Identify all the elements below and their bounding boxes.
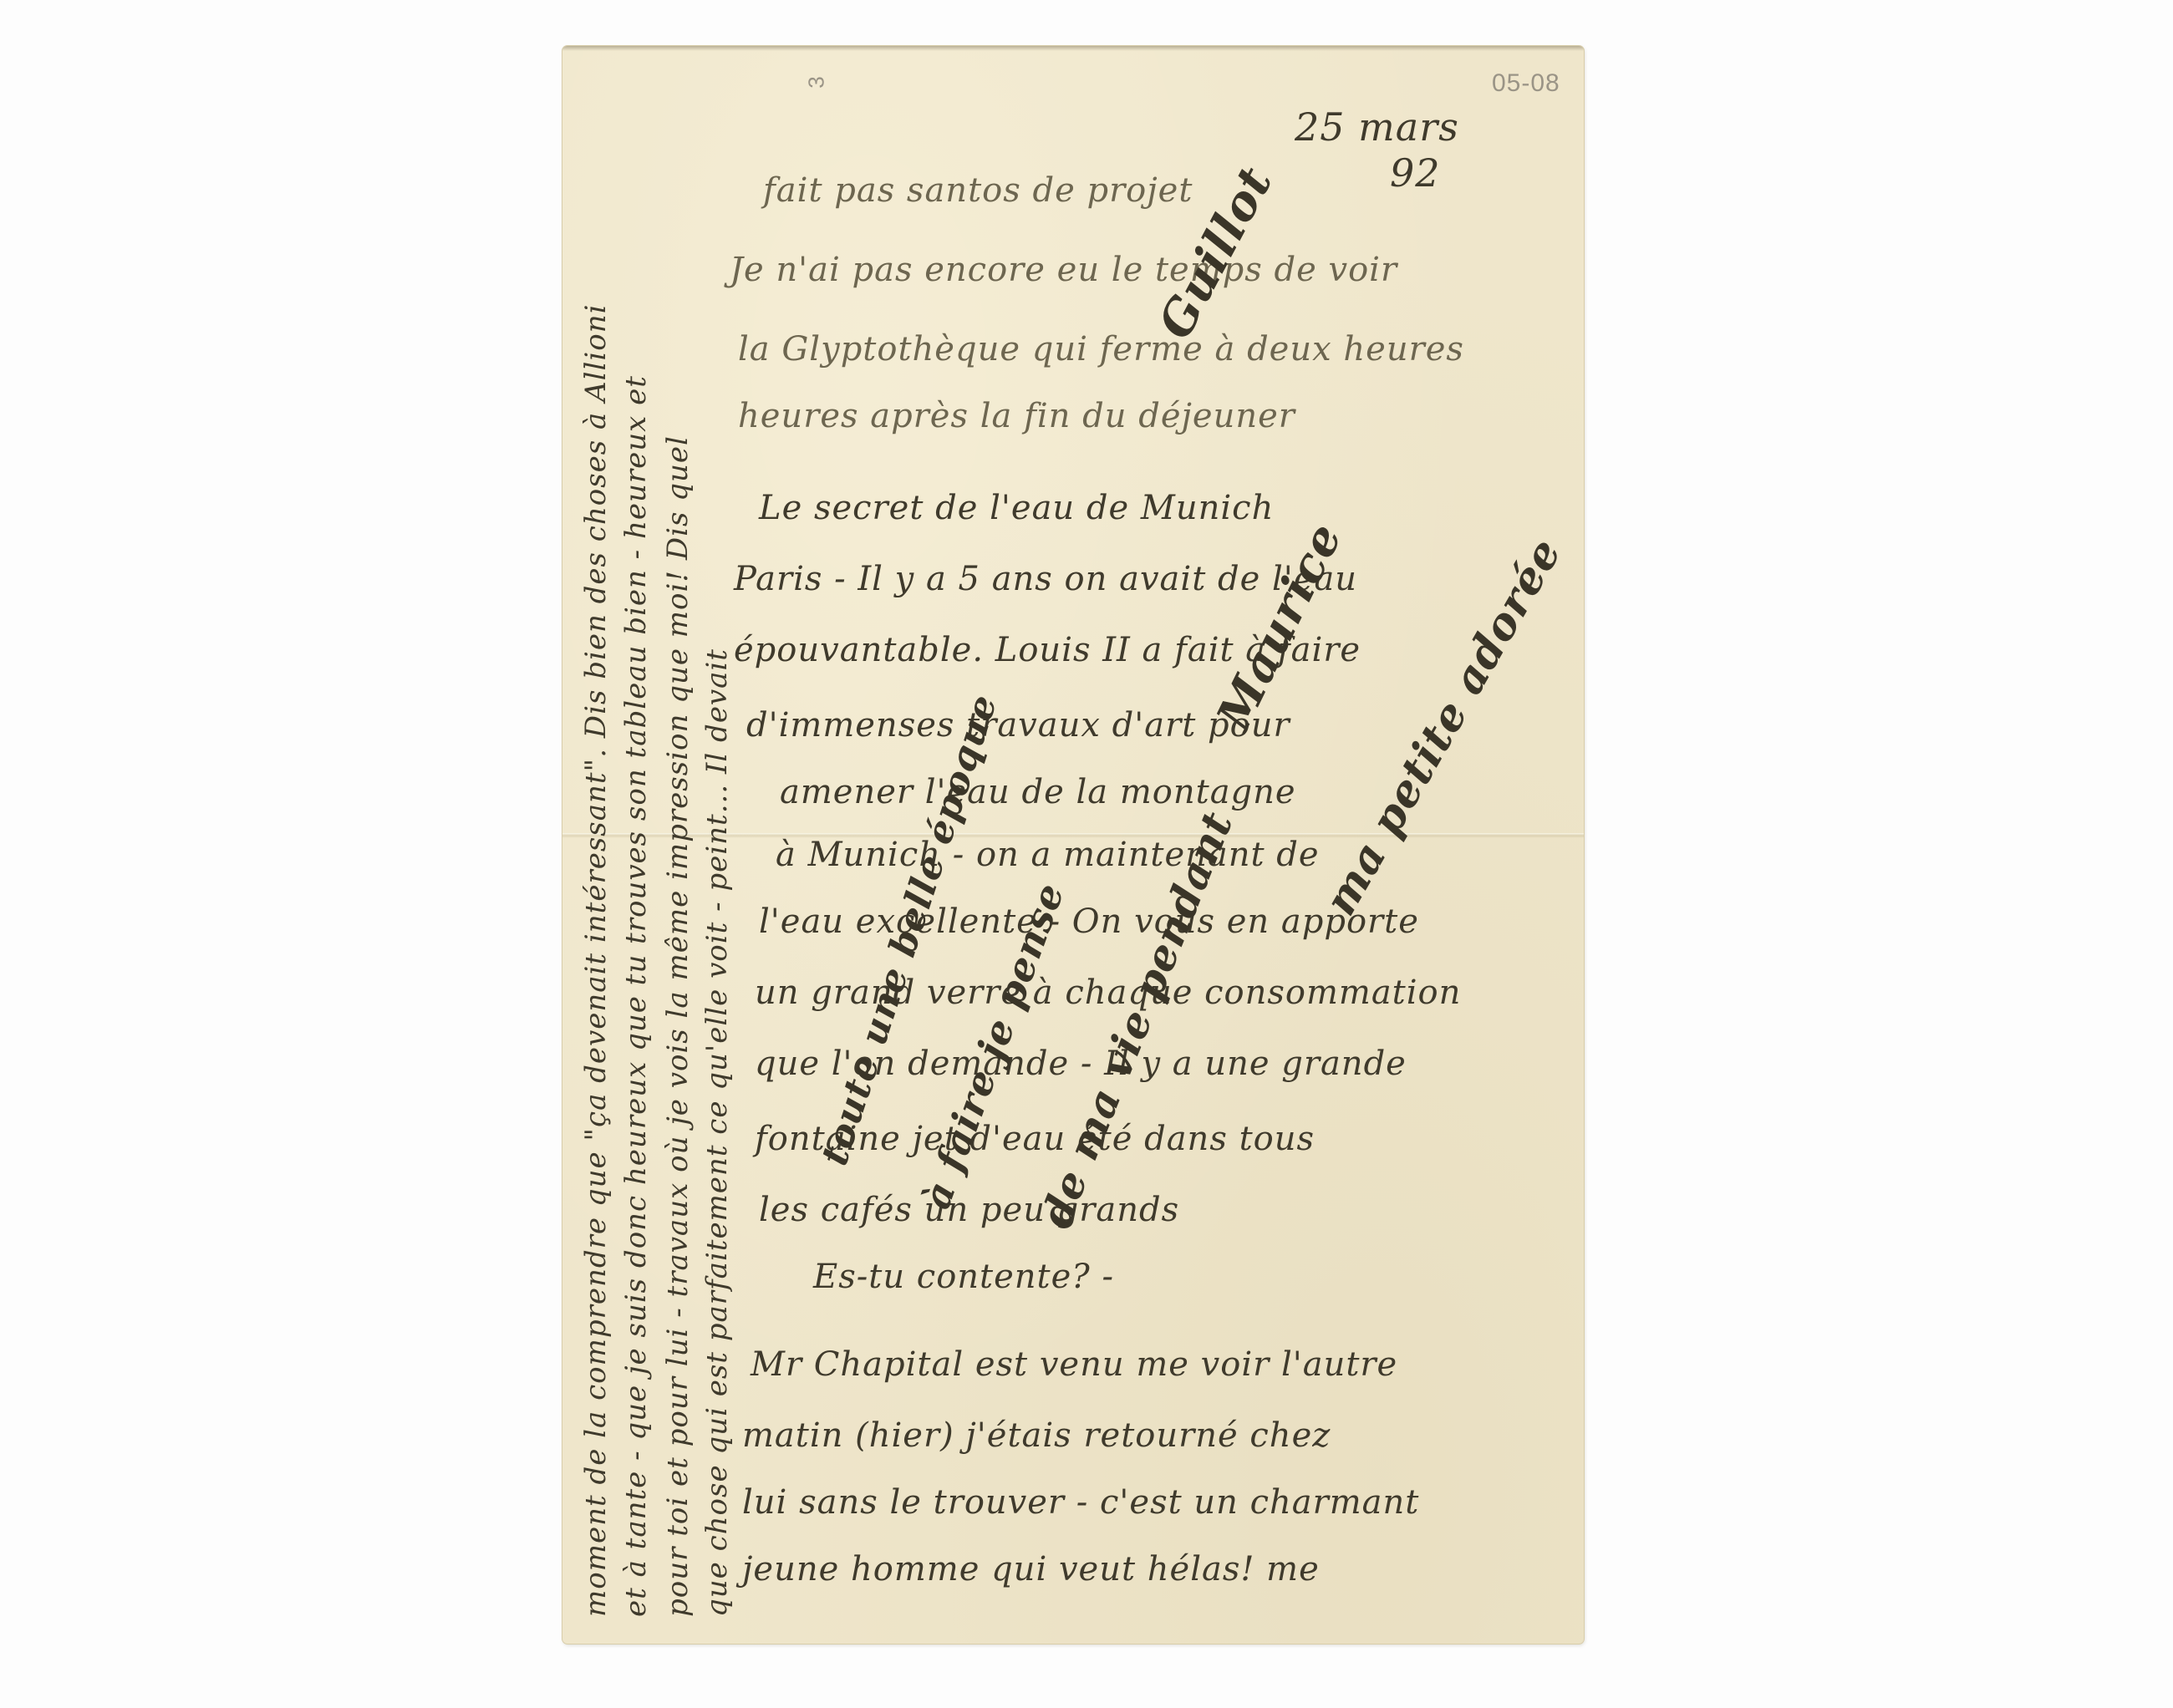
page-marker: 3 <box>804 76 830 88</box>
date-year: 92 <box>1390 150 1441 196</box>
margin-line: moment de la comprendre que "ça devenait… <box>579 303 613 1617</box>
body-line: Je n'ai pas encore eu le temps de voir <box>730 251 1397 289</box>
body-line: un grand verre à chaque consommation <box>755 973 1461 1012</box>
body-line: les cafés un peu grands <box>759 1191 1179 1229</box>
body-line: fait pas santos de projet <box>763 171 1193 210</box>
body-line: la Glyptothèque qui ferme à deux heures <box>738 330 1464 369</box>
margin-line: que chose qui est parfaitement ce qu'ell… <box>700 648 734 1617</box>
body-line: Mr Chapital est venu me voir l'autre <box>751 1345 1397 1384</box>
margin-line: pour toi et pour lui - travaux où je voi… <box>661 435 695 1617</box>
date-day-month: 25 mars <box>1295 104 1459 150</box>
body-line: à Munich - on a maintenant de <box>776 836 1320 874</box>
archive-number: 05-08 <box>1492 69 1560 98</box>
body-line: heures après la fin du déjeuner <box>738 397 1295 435</box>
cross-line: Maurice <box>1206 514 1353 738</box>
body-line: Es-tu contente? - <box>813 1258 1114 1296</box>
body-line: amener l'eau de la montagne <box>780 773 1296 811</box>
body-line: l'eau excellente - On vous en apporte <box>759 902 1419 941</box>
margin-line: et à tante - que je suis donc heureux qu… <box>619 375 653 1617</box>
body-line: lui sans le trouver - c'est un charmant <box>742 1483 1419 1522</box>
paper-top-edge <box>562 46 1584 51</box>
body-line: Le secret de l'eau de Munich <box>759 489 1274 527</box>
letter-page: 05-08 3 25 mars 92 fait pas santos de pr… <box>562 46 1584 1644</box>
body-line: Paris - Il y a 5 ans on avait de l'eau <box>734 560 1357 598</box>
body-line: matin (hier) j'étais retourné chez <box>742 1416 1331 1455</box>
body-line: jeune homme qui veut hélas! me <box>742 1550 1320 1589</box>
